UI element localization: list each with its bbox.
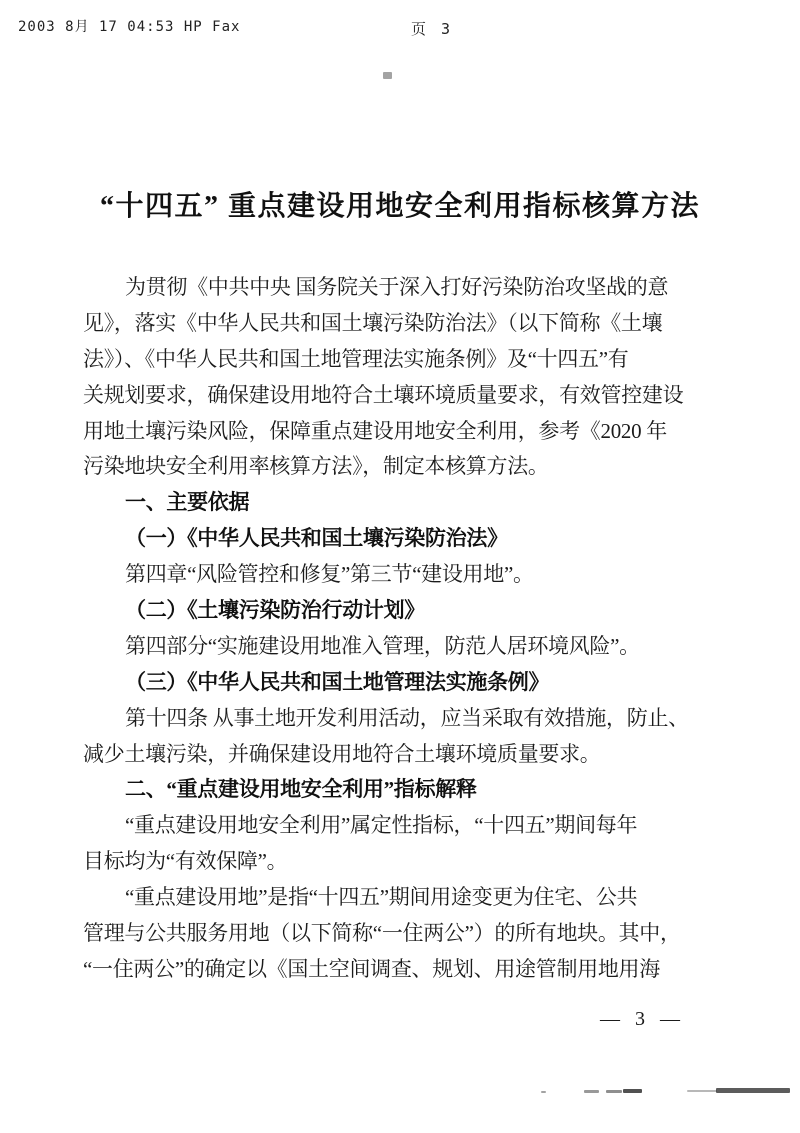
text-line: 一、主要依据 <box>83 485 743 521</box>
scan-artifact <box>716 1088 790 1093</box>
text-line: （三）《中华人民共和国土地管理法实施条例》 <box>83 665 743 701</box>
scan-artifact <box>687 1090 717 1092</box>
scan-artifact <box>584 1090 599 1093</box>
text-line: 减少土壤污染，并确保建设用地符合土壤环境质量要求。 <box>83 737 743 773</box>
text-line: 第四章“风险管控和修复”第三节“建设用地”。 <box>83 557 743 593</box>
text-line: 用地土壤污染风险，保障重点建设用地安全利用，参考《2020 年 <box>83 414 743 450</box>
document-title: “十四五” 重点建设用地安全利用指标核算方法 <box>0 184 800 224</box>
document-body: 为贯彻《中共中央 国务院关于深入打好污染防治攻坚战的意见》，落实《中华人民共和国… <box>83 270 743 988</box>
text-line: “一住两公”的确定以《国土空间调查、规划、用途管制用地用海 <box>83 952 743 988</box>
text-line: “重点建设用地安全利用”属定性指标，“十四五”期间每年 <box>83 808 743 844</box>
text-line: 法》）、《中华人民共和国土地管理法实施条例》及“十四五”有 <box>83 342 743 378</box>
scan-artifact <box>383 72 392 79</box>
text-line: 见》，落实《中华人民共和国土壤污染防治法》（以下简称《土壤 <box>83 306 743 342</box>
scan-artifact <box>606 1090 622 1093</box>
text-line: 二、“重点建设用地安全利用”指标解释 <box>83 772 743 808</box>
fax-page-label: 页 3 <box>411 18 453 39</box>
text-line: （二）《土壤污染防治行动计划》 <box>83 593 743 629</box>
text-line: 第十四条 从事土地开发利用活动，应当采取有效措施，防止、 <box>83 701 743 737</box>
text-line: 第四部分“实施建设用地准入管理，防范人居环境风险”。 <box>83 629 743 665</box>
scan-artifact <box>623 1089 642 1093</box>
scan-artifact <box>541 1091 546 1093</box>
text-line: 污染地块安全利用率核算方法》，制定本核算方法。 <box>83 449 743 485</box>
scanned-page: 2003 8月 17 04:53 HP Fax 页 3 “十四五” 重点建设用地… <box>0 0 800 1133</box>
fax-timestamp: 2003 8月 17 04:53 HP Fax <box>18 16 240 36</box>
text-line: 为贯彻《中共中央 国务院关于深入打好污染防治攻坚战的意 <box>83 270 743 306</box>
text-line: 目标均为“有效保障”。 <box>83 844 743 880</box>
text-line: 管理与公共服务用地（以下简称“一住两公”）的所有地块。其中， <box>83 916 743 952</box>
text-line: （一）《中华人民共和国土壤污染防治法》 <box>83 521 743 557</box>
page-number: — 3 — <box>600 1008 685 1031</box>
text-line: 关规划要求，确保建设用地符合土壤环境质量要求，有效管控建设 <box>83 378 743 414</box>
text-line: “重点建设用地”是指“十四五”期间用途变更为住宅、公共 <box>83 880 743 916</box>
